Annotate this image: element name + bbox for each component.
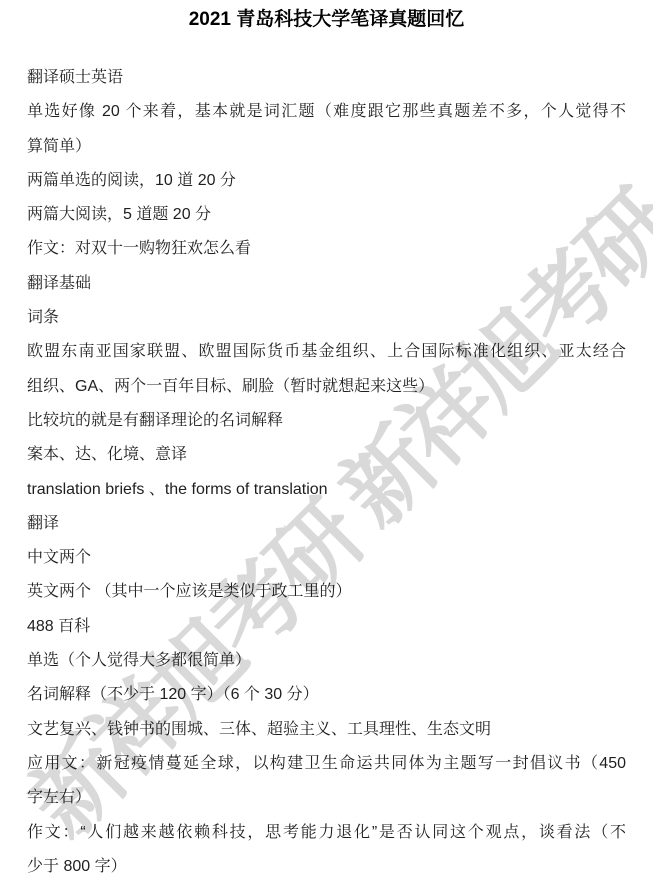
document-line: 应用文：新冠疫情蔓延全球，以构建卫生命运共同体为主题写一封倡议书（450 [27, 747, 626, 781]
document-line: 欧盟东南亚国家联盟、欧盟国际货币基金组织、上合国际标准化组织、亚太经合 [27, 335, 626, 369]
document-line: 两篇大阅读，5 道题 20 分 [27, 198, 626, 232]
document-line: 翻译硕士英语 [27, 61, 626, 95]
document-line: 两篇单选的阅读，10 道 20 分 [27, 164, 626, 198]
document-line: 少于 800 字） [27, 850, 626, 884]
document-body: 翻译硕士英语 单选好像 20 个来着，基本就是词汇题（难度跟它那些真题差不多，个… [27, 61, 626, 884]
document-line: 字左右） [27, 781, 626, 815]
document-line: 中文两个 [27, 541, 626, 575]
document-line: 作文：“人们越来越依赖科技，思考能力退化”是否认同这个观点，谈看法（不 [27, 816, 626, 850]
page-title: 2021 青岛科技大学笔译真题回忆 [27, 8, 626, 32]
document-line: 算简单） [27, 130, 626, 164]
document-line: 组织、GA、两个一百年目标、刷脸（暂时就想起来这些） [27, 370, 626, 404]
document-line: 案本、达、化境、意译 [27, 438, 626, 472]
document-line: translation briefs 、the forms of transla… [27, 473, 626, 507]
document-page: 2021 青岛科技大学笔译真题回忆 翻译硕士英语 单选好像 20 个来着，基本就… [0, 0, 653, 884]
document-line: 翻译 [27, 507, 626, 541]
document-line: 词条 [27, 301, 626, 335]
document-line: 翻译基础 [27, 267, 626, 301]
document-line: 比较坑的就是有翻译理论的名词解释 [27, 404, 626, 438]
document-line: 单选好像 20 个来着，基本就是词汇题（难度跟它那些真题差不多，个人觉得不 [27, 95, 626, 129]
document-line: 488 百科 [27, 610, 626, 644]
document-line: 作文：对双十一购物狂欢怎么看 [27, 232, 626, 266]
document-line: 英文两个 （其中一个应该是类似于政工里的） [27, 575, 626, 609]
document-line: 单选（个人觉得大多都很简单） [27, 644, 626, 678]
document-line: 文艺复兴、钱钟书的围城、三体、超验主义、工具理性、生态文明 [27, 713, 626, 747]
document-line: 名词解释（不少于 120 字）（6 个 30 分） [27, 678, 626, 712]
